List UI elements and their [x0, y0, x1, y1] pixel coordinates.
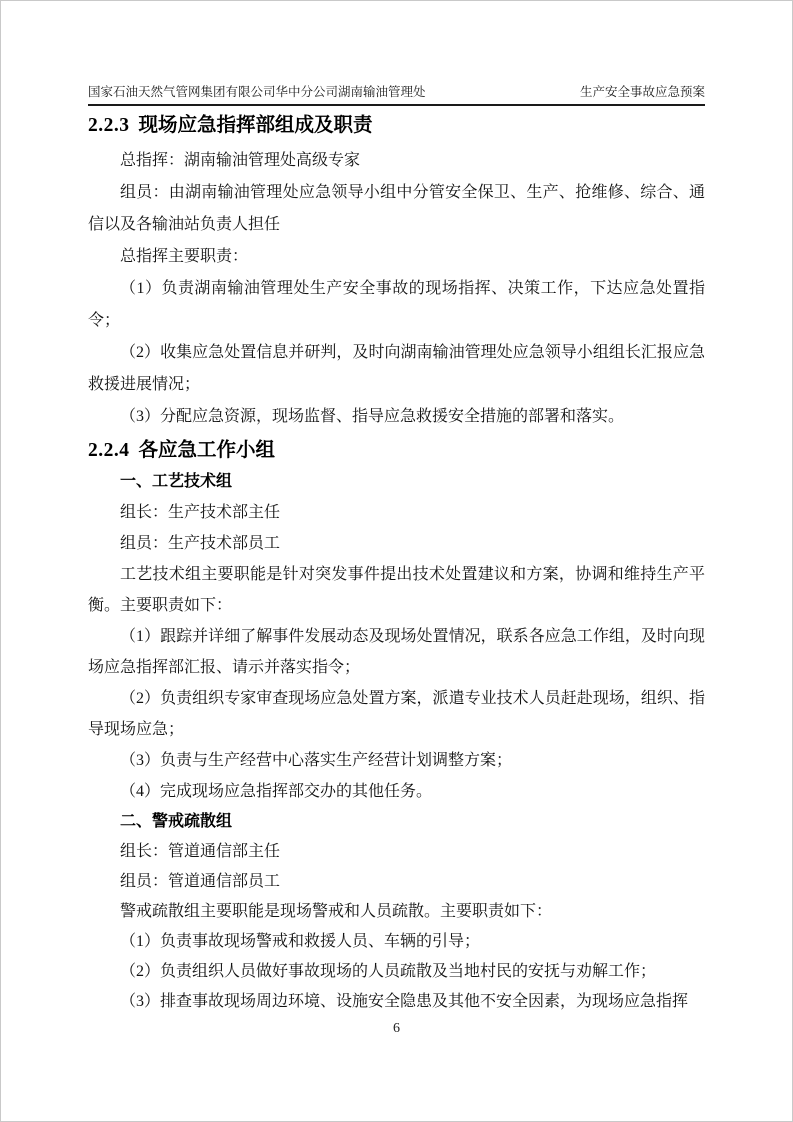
paragraph: （1）负责事故现场警戒和救援人员、车辆的引导；: [88, 927, 705, 957]
paragraph: （2）负责组织人员做好事故现场的人员疏散及当地村民的安抚与劝解工作；: [88, 957, 705, 987]
section-number: 2.2.3: [88, 115, 130, 136]
workgroup-1-block: 一、工艺技术组 组长：生产技术部主任 组员：生产技术部员工 工艺技术组主要职能是…: [88, 466, 705, 807]
paragraph: 组员：由湖南输油管理处应急领导小组中分管安全保卫、生产、抢维修、综合、通信以及各…: [88, 177, 705, 241]
workgroup-2-heading: 二、警戒疏散组: [88, 807, 705, 837]
paragraph: （4）完成现场应急指挥部交办的其他任务。: [88, 776, 705, 807]
section-2-2-3-body: 总指挥：湖南输油管理处高级专家 组员：由湖南输油管理处应急领导小组中分管安全保卫…: [88, 145, 705, 433]
header-left-text: 国家石油天然气管网集团有限公司华中分公司湖南输油管理处: [88, 84, 426, 100]
paragraph: 警戒疏散组主要职能是现场警戒和人员疏散。主要职责如下：: [88, 897, 705, 927]
paragraph: 组员：管道通信部员工: [88, 867, 705, 897]
paragraph: 组员：生产技术部员工: [88, 528, 705, 559]
paragraph: 总指挥主要职责：: [88, 241, 705, 273]
page-header: 国家石油天然气管网集团有限公司华中分公司湖南输油管理处 生产安全事故应急预案: [88, 84, 705, 106]
paragraph: （3）排查事故现场周边环境、设施安全隐患及其他不安全因素，为现场应急指挥: [88, 987, 705, 1017]
section-title: 现场应急指挥部组成及职责: [139, 114, 373, 136]
section-title: 各应急工作小组: [139, 439, 276, 461]
section-heading-2-2-3: 2.2.3现场应急指挥部组成及职责: [88, 112, 705, 139]
paragraph: 总指挥：湖南输油管理处高级专家: [88, 145, 705, 177]
workgroup-2-block: 二、警戒疏散组 组长：管道通信部主任 组员：管道通信部员工 警戒疏散组主要职能是…: [88, 807, 705, 1017]
paragraph: （2）负责组织专家审查现场应急处置方案，派遣专业技术人员赶赴现场，组织、指导现场…: [88, 683, 705, 745]
document-page: 国家石油天然气管网集团有限公司华中分公司湖南输油管理处 生产安全事故应急预案 2…: [0, 0, 793, 1122]
page-number: 6: [1, 1021, 792, 1037]
paragraph: 组长：管道通信部主任: [88, 837, 705, 867]
paragraph: （3）分配应急资源，现场监督、指导应急救援安全措施的部署和落实。: [88, 401, 705, 433]
workgroup-1-heading: 一、工艺技术组: [88, 466, 705, 497]
section-number: 2.2.4: [88, 440, 130, 461]
paragraph: （3）负责与生产经营中心落实生产经营计划调整方案；: [88, 745, 705, 776]
paragraph: （1）负责湖南输油管理处生产安全事故的现场指挥、决策工作，下达应急处置指令；: [88, 273, 705, 337]
paragraph: 工艺技术组主要职能是针对突发事件提出技术处置建议和方案，协调和维持生产平衡。主要…: [88, 559, 705, 621]
section-heading-2-2-4: 2.2.4各应急工作小组: [88, 435, 705, 466]
paragraph: （2）收集应急处置信息并研判，及时向湖南输油管理处应急领导小组组长汇报应急救援进…: [88, 337, 705, 401]
header-right-text: 生产安全事故应急预案: [580, 84, 705, 100]
paragraph: 组长：生产技术部主任: [88, 497, 705, 528]
paragraph: （1）跟踪并详细了解事件发展动态及现场处置情况，联系各应急工作组，及时向现场应急…: [88, 621, 705, 683]
